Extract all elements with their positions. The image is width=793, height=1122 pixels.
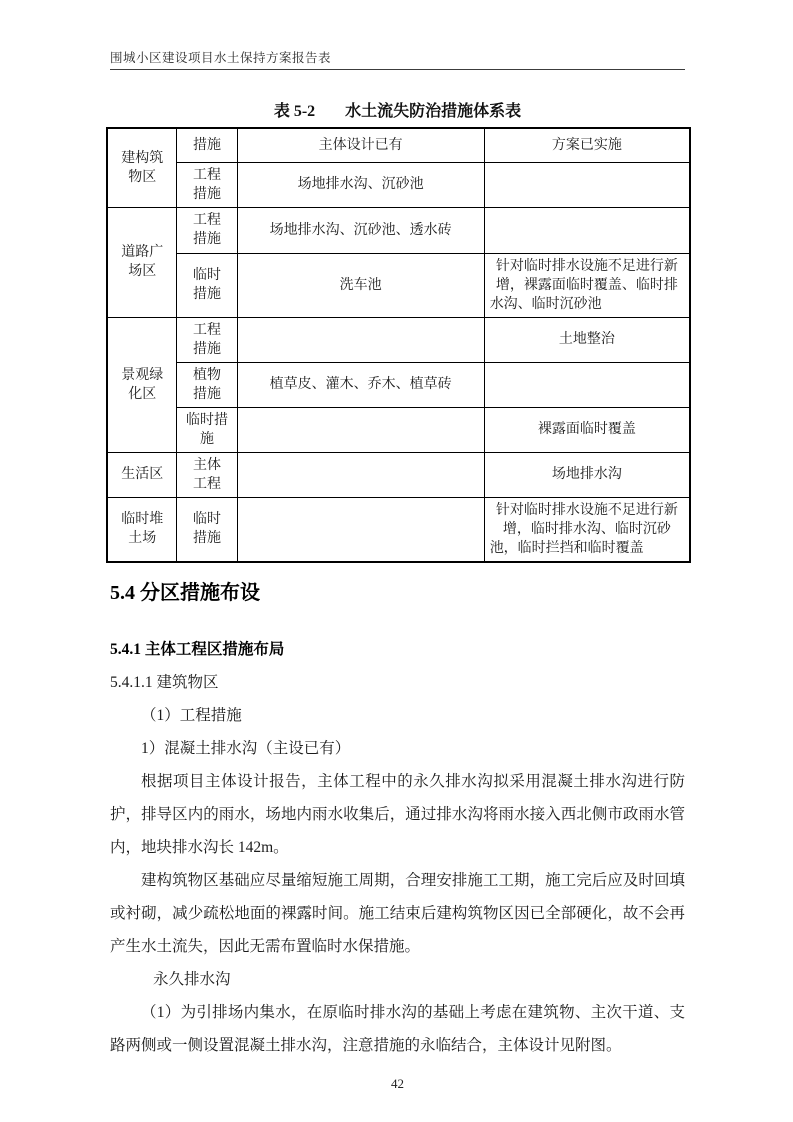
table-row: 临时 措施 洗车池 针对临时排水设施不足进行新增，裸露面临时覆盖、临时排水沟、临…	[107, 253, 690, 317]
table-row: 临时堆 土场 临时 措施 针对临时排水设施不足进行新增，临时排水沟、临时沉砂池，…	[107, 497, 690, 562]
implemented-cell: 针对临时排水设施不足进行新增，裸露面临时覆盖、临时排水沟、临时沉砂池	[484, 253, 690, 317]
implemented-cell	[484, 207, 690, 253]
paragraph-design-report: 根据项目主体设计报告，主体工程中的永久排水沟拟采用混凝土排水沟进行防护，排导区内…	[110, 765, 685, 864]
zone-cell: 道路广 场区	[107, 207, 177, 317]
table-row: 建构筑 物区 措施 主体设计已有 方案已实施	[107, 128, 690, 162]
page-number: 42	[110, 1075, 685, 1093]
design-cell: 洗车池	[237, 253, 484, 317]
zone-cell: 生活区	[107, 452, 177, 497]
measure-cell: 临时 措施	[177, 253, 237, 317]
implemented-header-cell: 方案已实施	[484, 128, 690, 162]
zone-cell: 景观绿 化区	[107, 317, 177, 452]
table-caption-label: 表 5-2	[274, 102, 315, 122]
list-item-engineering-measures: （1）工程措施	[110, 699, 685, 732]
zone-cell: 临时堆 土场	[107, 497, 177, 562]
table-caption: 表 5-2水土流失防治措施体系表	[110, 102, 685, 122]
paragraph-construction-period: 建构筑物区基础应尽量缩短施工周期，合理安排施工工期，施工完后应及时回填或衬砌，减…	[110, 864, 685, 963]
design-cell: 场地排水沟、沉砂池、透水砖	[237, 207, 484, 253]
table-row: 景观绿 化区 工程 措施 土地整治	[107, 317, 690, 362]
design-header-cell: 主体设计已有	[237, 128, 484, 162]
implemented-cell: 土地整治	[484, 317, 690, 362]
design-cell: 场地排水沟、沉砂池	[237, 162, 484, 207]
measure-cell: 工程 措施	[177, 162, 237, 207]
section-heading-5-4-1: 5.4.1 主体工程区措施布局	[110, 633, 685, 666]
table-row: 植物 措施 植草皮、灌木、乔木、植草砖	[107, 362, 690, 407]
measure-cell: 临时 措施	[177, 497, 237, 562]
table-row: 工程 措施 场地排水沟、沉砂池	[107, 162, 690, 207]
implemented-cell: 针对临时排水设施不足进行新增，临时排水沟、临时沉砂池，临时拦挡和临时覆盖	[484, 497, 690, 562]
section-heading-5-4: 5.4 分区措施布设	[110, 580, 685, 606]
measure-cell: 临时措 施	[177, 407, 237, 452]
measure-cell: 主体 工程	[177, 452, 237, 497]
table-caption-text: 水土流失防治措施体系表	[345, 103, 521, 120]
list-item-concrete-drain: 1）混凝土排水沟（主设已有）	[110, 732, 685, 765]
table-row: 生活区 主体 工程 场地排水沟	[107, 452, 690, 497]
sub-item-permanent-drain: 永久排水沟	[110, 963, 685, 996]
section-heading-5-4-1-1: 5.4.1.1 建筑物区	[110, 666, 685, 699]
document-page: 围城小区建设项目水土保持方案报告表 表 5-2水土流失防治措施体系表 建构筑 物…	[0, 0, 793, 1122]
measure-cell: 工程 措施	[177, 207, 237, 253]
table-row: 道路广 场区 工程 措施 场地排水沟、沉砂池、透水砖	[107, 207, 690, 253]
measure-cell: 植物 措施	[177, 362, 237, 407]
measure-header-cell: 措施	[177, 128, 237, 162]
zone-cell: 建构筑 物区	[107, 128, 177, 207]
design-cell	[237, 452, 484, 497]
measure-cell: 工程 措施	[177, 317, 237, 362]
header-divider	[110, 69, 685, 70]
running-header: 围城小区建设项目水土保持方案报告表	[110, 0, 685, 70]
paragraph-drainage-layout: （1）为引排场内集水，在原临时排水沟的基础上考虑在建筑物、主次干道、支路两侧或一…	[110, 996, 685, 1062]
design-cell: 植草皮、灌木、乔木、植草砖	[237, 362, 484, 407]
table-row: 临时措 施 裸露面临时覆盖	[107, 407, 690, 452]
design-cell	[237, 497, 484, 562]
measures-table: 建构筑 物区 措施 主体设计已有 方案已实施 工程 措施 场地排水沟、沉砂池 道…	[106, 127, 691, 563]
implemented-cell: 裸露面临时覆盖	[484, 407, 690, 452]
running-header-text: 围城小区建设项目水土保持方案报告表	[110, 50, 685, 66]
implemented-cell	[484, 162, 690, 207]
design-cell	[237, 407, 484, 452]
design-cell	[237, 317, 484, 362]
implemented-cell	[484, 362, 690, 407]
implemented-cell: 场地排水沟	[484, 452, 690, 497]
